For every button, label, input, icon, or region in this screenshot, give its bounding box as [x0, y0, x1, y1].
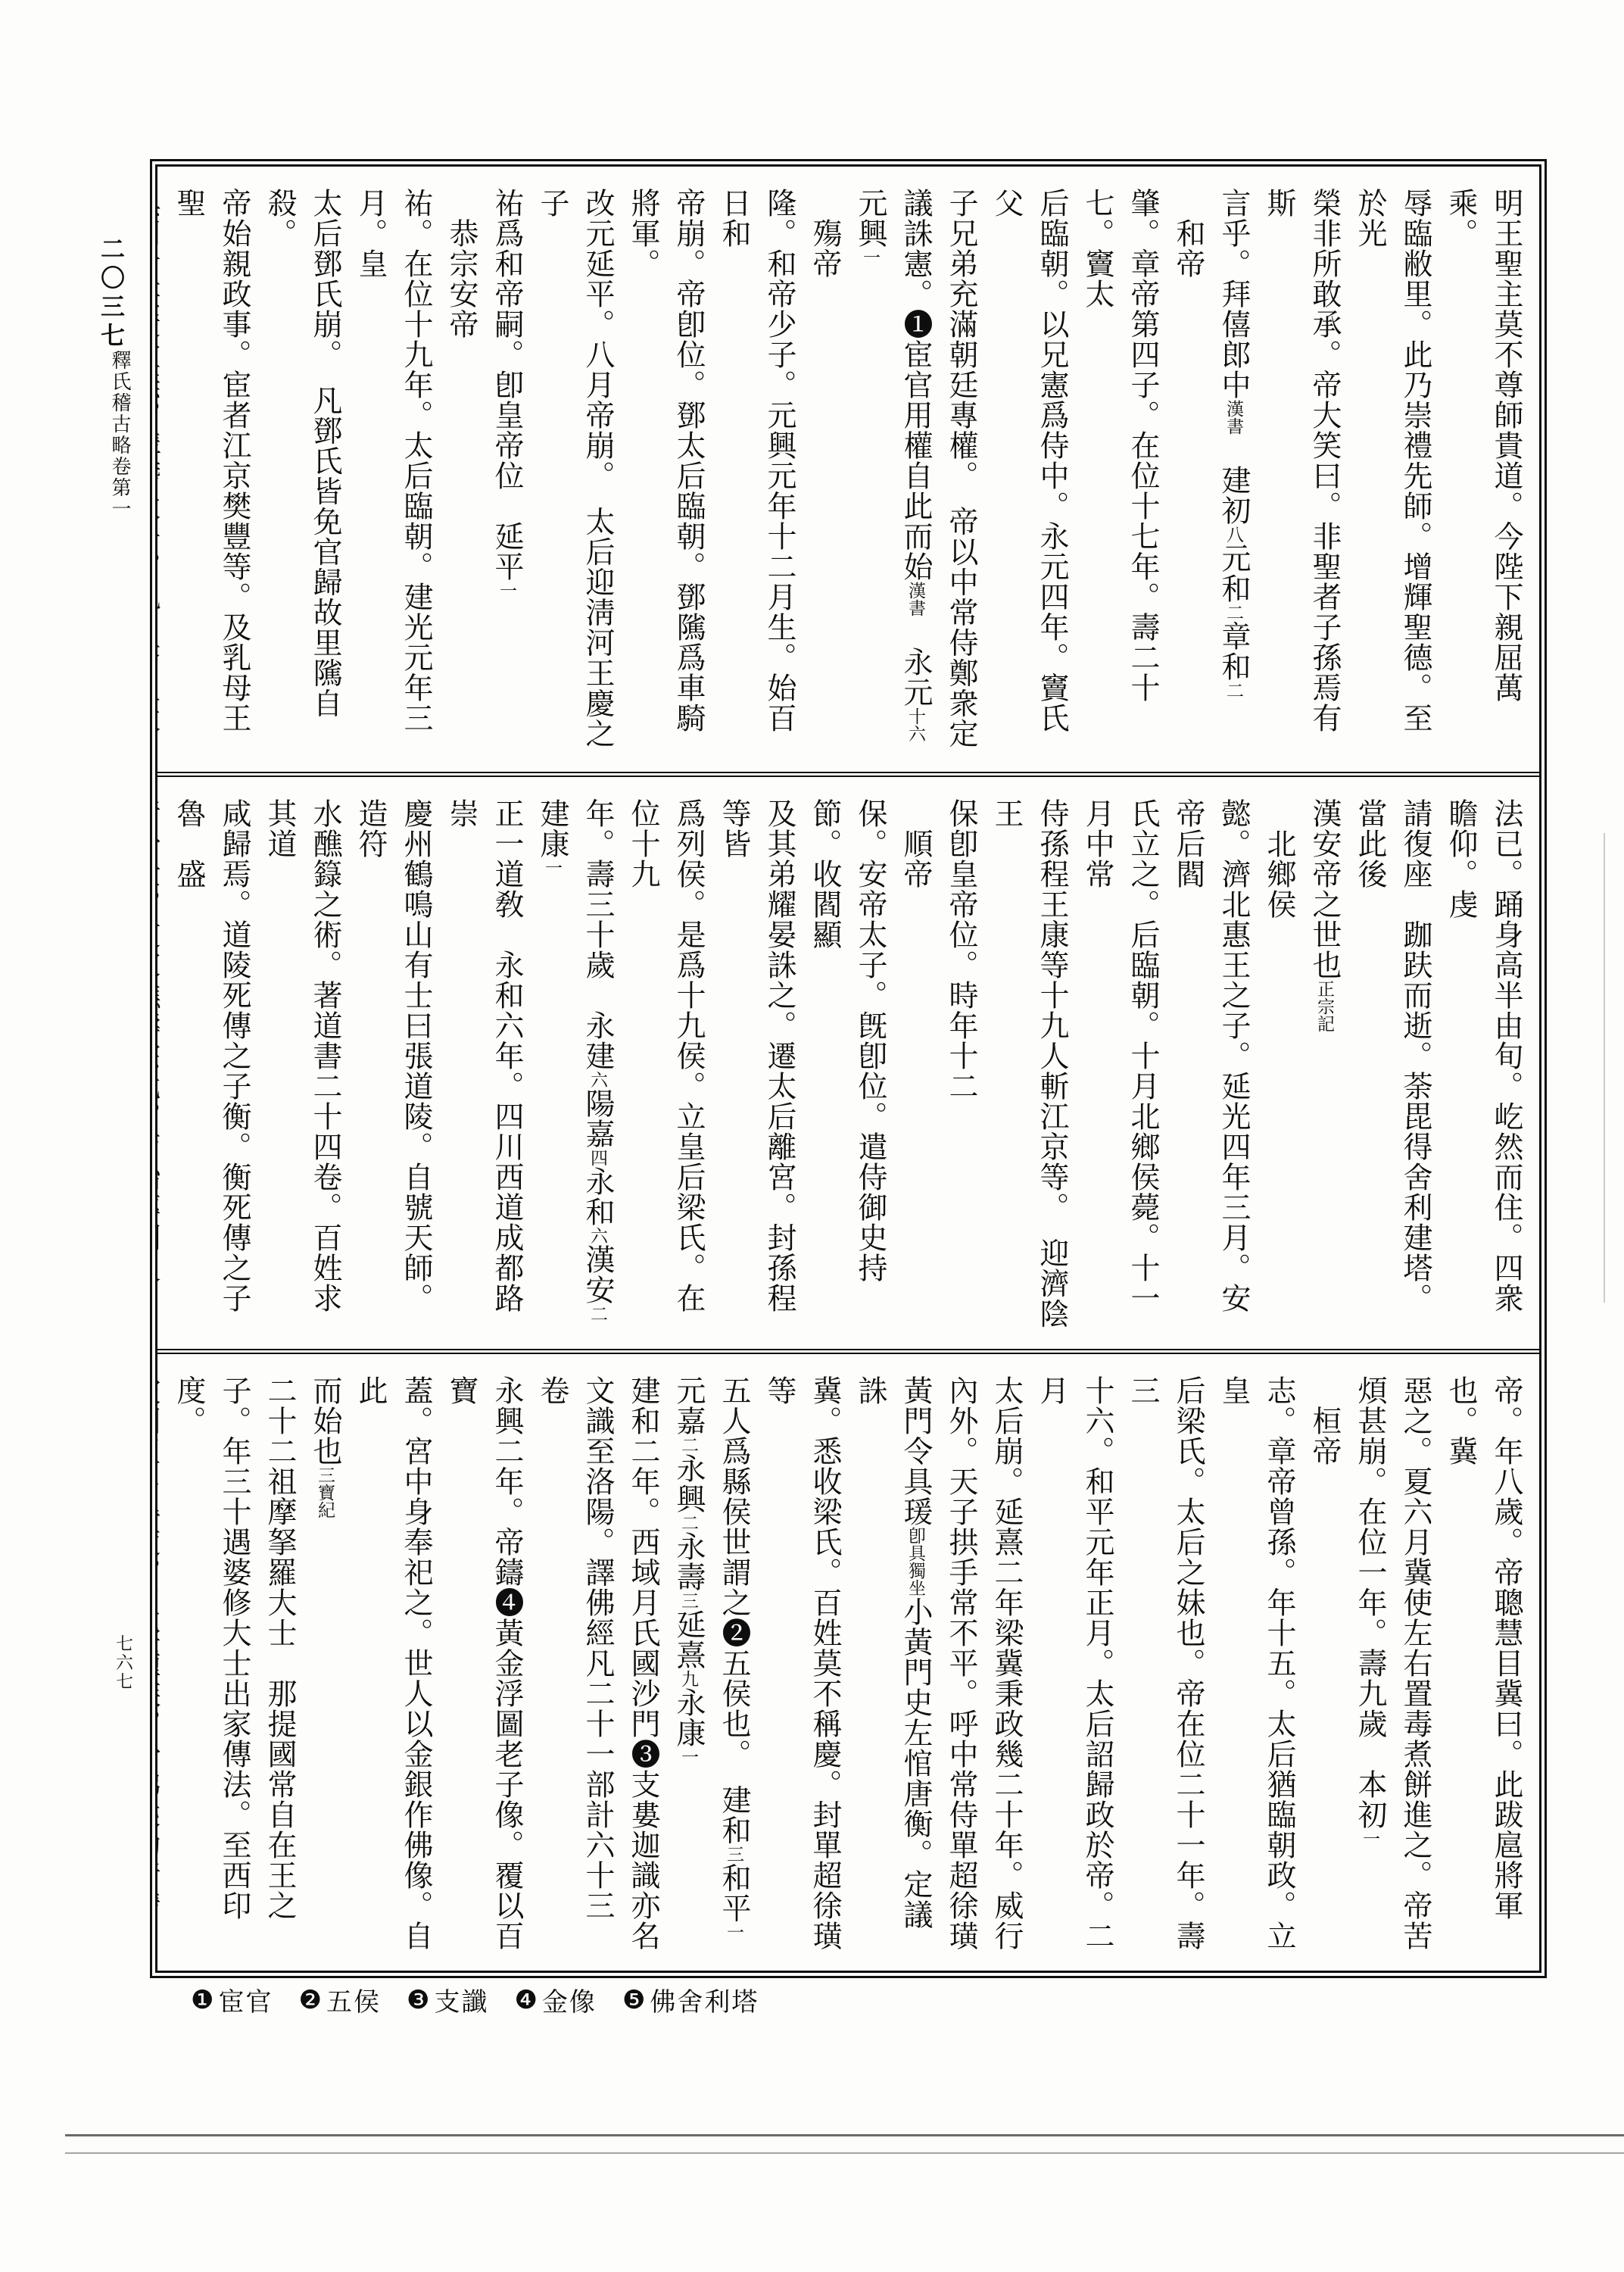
text-column: 太后鄧氏崩。 凡鄧氏皆免官歸故里隲自殺。	[257, 188, 348, 758]
text-column: 五人爲縣侯世謂之❷五侯也。 建和三和平一	[711, 1375, 756, 1957]
column-text: 建和二年。西域月氏國沙門❸支婁迦識亦名	[627, 1375, 659, 1951]
annotation-text: 三	[725, 1846, 743, 1863]
annotation-text: 四	[588, 1149, 607, 1166]
column-text: 黃門令具瑗	[899, 1375, 932, 1527]
column-text: 帝崩。帝卽位。鄧太后臨朝。鄧隲爲車騎將軍。	[627, 188, 705, 733]
annotation-text: 二	[1224, 604, 1243, 621]
text-band-1: 明王聖主莫不尊師貴道。今陛下親屈萬乘。辱臨敝里。此乃崇禮先師。增輝聖德。至於光榮…	[157, 167, 1539, 777]
text-column: 桓帝	[1301, 1375, 1347, 1957]
text-column: 及其弟耀晏誅之。遷太后離宮。封孫程等皆	[711, 798, 802, 1335]
column-text: 榮非所敢承。帝大笑曰。非聖者子孫焉有斯	[1263, 188, 1341, 733]
annotation-text: 九	[679, 1670, 698, 1687]
text-column: 帝崩。帝卽位。鄧太后臨朝。鄧隲爲車騎將軍。	[620, 188, 711, 758]
text-column: 建康一	[529, 798, 575, 1335]
column-text: 章和	[1217, 621, 1250, 682]
text-band-3: 帝。年八歲。帝聰慧目冀曰。此跋扈將軍也。冀惡之。夏六月冀使左右置毒煮餅進之。帝苦…	[157, 1354, 1539, 1971]
text-column: 爲列侯。是爲十九侯。立皇后梁氏。在位十九	[620, 798, 711, 1335]
margin-page-number-top: 二〇三七	[94, 236, 129, 351]
text-column: 懿。濟北惠王之子。延光四年三月。安帝后閻	[1165, 798, 1256, 1335]
annotation-text: 二	[679, 1514, 698, 1531]
annotation-text: 卽具獨坐	[906, 1527, 925, 1596]
text-column: 內外。天子拱手常不平。呼中常侍單超徐璜	[938, 1375, 983, 1957]
annotation-text: 一	[861, 248, 880, 266]
scan-artifact-line	[65, 2134, 1624, 2136]
column-text: 十六。和平元年正月。太后詔歸政於帝。二月	[1036, 1375, 1114, 1951]
column-text: 改元延平。八月帝崩。 太后迎淸河王慶之子	[536, 188, 614, 749]
column-text: 延熹	[672, 1609, 705, 1670]
column-text: 議誅憲。❶宦官用權自此而始	[899, 188, 932, 582]
text-column: 年。壽三十歲 永建六陽嘉四永和六漢安二	[575, 798, 620, 1335]
text-column: 惡之。夏六月冀使左右置毒煮餅進之。帝苦	[1392, 1375, 1438, 1957]
column-text: 肇。章帝第四子。在位十七年。壽二十七。竇太	[1081, 188, 1159, 703]
text-column: 元興一	[847, 188, 893, 758]
text-column: 水醮籙之術。著道書二十四卷。百姓求其道	[257, 798, 348, 1335]
column-text: 桓帝	[1308, 1375, 1341, 1466]
text-column: 祐。在位十九年。太后臨朝。建光元年三月。皇	[348, 188, 438, 758]
scan-artifact-line	[65, 2152, 1624, 2154]
column-text: 爲列侯。是爲十九侯。立皇后梁氏。在位十九	[627, 798, 705, 1313]
column-text: 而始也	[309, 1375, 341, 1466]
column-text: 祐。在位十九年。太后臨朝。建光元年三月。皇	[354, 188, 432, 733]
text-column: 子。年三十遇婆修大士出家傳法。至西印度。	[166, 1375, 257, 1957]
annotation-text: 漢書	[906, 582, 925, 616]
annotation-text: 漢書	[1224, 400, 1243, 435]
column-text: 和帝	[1172, 188, 1205, 279]
footnote-label: 五侯	[326, 1981, 381, 2018]
text-column: 志。章帝曾孫。年十五。太后猶臨朝政。立皇	[1211, 1375, 1301, 1957]
column-text: 殤帝	[809, 188, 841, 279]
column-text: 子。年三十遇婆修大士出家傳法。至西印度。	[173, 1375, 251, 1921]
text-column: 元嘉二永興二永壽三延熹九永康一	[665, 1375, 711, 1957]
column-text: 咸歸焉。道陵死傳之子衡。衡死傳之子魯 盛	[173, 798, 251, 1313]
column-text: 卷	[536, 1375, 569, 1406]
column-text: 漢安帝之世也	[1308, 798, 1341, 980]
text-column: 正一道敎 永和六年。四川西道成都路崇	[438, 798, 529, 1335]
column-text: 隆。和帝少子。元興元年十二月生。始百日和	[718, 188, 796, 733]
column-text: 永元	[899, 616, 932, 707]
text-column: 帝始親政事。宦者江京樊豐等。及乳母王聖	[166, 188, 257, 758]
column-text: 水醮籙之術。著道書二十四卷。百姓求其道	[263, 798, 341, 1313]
annotation-text: 二	[588, 1305, 607, 1322]
text-column: 卷	[529, 1375, 575, 1957]
column-text: 永和	[581, 1166, 614, 1227]
text-column: 漢安帝之世也正宗記	[1301, 798, 1347, 1335]
column-text: 冀。悉收梁氏。百姓莫不稱慶。封單超徐璜等	[763, 1375, 841, 1951]
column-text: 保。安帝太子。旣卽位。遣侍御史持節。收閻顯	[809, 798, 887, 1283]
column-text: 建初	[1217, 435, 1250, 526]
footnote-mark-icon: ❸	[407, 1985, 431, 2015]
column-text: 內外。天子拱手常不平。呼中常侍單超徐璜	[945, 1375, 977, 1951]
annotation-text: 二	[1224, 682, 1243, 699]
column-text: 祐爲和帝嗣。卽皇帝位 延平	[491, 188, 523, 582]
text-column: 保。安帝太子。旣卽位。遣侍御史持節。收閻顯	[802, 798, 893, 1335]
text-column: 行於世。道家醮禱宗此。而始傳嗣及今。天下	[157, 798, 166, 1335]
column-text: 元興	[854, 188, 887, 248]
scan-artifact-edge	[1604, 833, 1605, 1303]
column-text: 正一道敎 永和六年。四川西道成都路崇	[445, 798, 523, 1313]
footnote-label: 宦官	[218, 1981, 273, 2018]
text-column: 二十二祖摩拏羅大士 那提國常自在王之	[257, 1375, 302, 1957]
column-text: 子兄弟充滿朝廷專權。 帝以中常侍鄭衆定	[945, 188, 977, 749]
column-text: 順帝	[899, 798, 932, 889]
margin-book-title: 釋氏稽古略卷第一	[106, 350, 134, 520]
annotation-text: 六	[588, 1071, 607, 1088]
annotation-text: 一	[543, 859, 562, 876]
column-text: 元和	[1217, 543, 1250, 604]
content-frame: 明王聖主莫不尊師貴道。今陛下親屈萬乘。辱臨敝里。此乃崇禮先師。增輝聖德。至於光榮…	[150, 159, 1547, 1978]
column-text: 五人爲縣侯世謂之❷五侯也。 建和	[718, 1375, 750, 1846]
footnote-label: 金像	[542, 1981, 597, 2018]
column-text: 法已。踊身高半由旬。屹然而住。四衆瞻仰。虔	[1445, 798, 1523, 1313]
text-column: 慶州鶴鳴山有士曰張道陵。自號天師。造符	[348, 798, 438, 1335]
column-text: 建康	[536, 798, 569, 859]
annotation-text: 六	[588, 1227, 607, 1244]
column-text: 與閻后妄造虛無。搆譖太子。九月廢皇太子	[157, 188, 160, 733]
column-text: 志。章帝曾孫。年十五。太后猶臨朝政。立皇	[1217, 1375, 1295, 1951]
text-column: 煩甚崩。在位一年。壽九歲 本初一	[1347, 1375, 1392, 1957]
text-column: 祐爲和帝嗣。卽皇帝位 延平一	[484, 188, 529, 758]
footnote-item: ❶宦官	[191, 1981, 273, 2018]
text-column: 榮非所敢承。帝大笑曰。非聖者子孫焉有斯	[1256, 188, 1347, 758]
text-column: 改元延平。八月帝崩。 太后迎淸河王慶之子	[529, 188, 620, 758]
annotation-text: 一	[1361, 1830, 1379, 1847]
footnote-item: ❹金像	[514, 1981, 596, 2018]
text-column: 明王聖主莫不尊師貴道。今陛下親屈萬乘。	[1438, 188, 1529, 758]
text-column: 侍孫程王康等十九人斬江京等。 迎濟陰王	[983, 798, 1074, 1335]
text-column: 而始也三寶紀	[302, 1375, 348, 1957]
column-text: 帝始親政事。宦者江京樊豐等。及乳母王聖	[173, 188, 251, 733]
column-text: 漢安	[581, 1244, 614, 1305]
text-column: 保卽皇帝位。時年十二	[938, 798, 983, 1335]
scanned-page: 二〇三七 釋氏稽古略卷第一 七六七 明王聖主莫不尊師貴道。今陛下親屈萬乘。辱臨敝…	[0, 0, 1624, 2272]
text-column: 彼國王名得度。瞿曇種族。於佛乘勤行精進。	[157, 1375, 166, 1957]
annotation-text: 正宗記	[1315, 980, 1334, 1032]
text-column: 順帝	[893, 798, 938, 1335]
column-text: 和平	[718, 1863, 750, 1924]
column-text: 陽嘉	[581, 1088, 614, 1149]
text-column: 北鄉侯	[1256, 798, 1301, 1335]
column-text: 永壽	[672, 1531, 705, 1592]
column-text: 太后鄧氏崩。 凡鄧氏皆免官歸故里隲自殺。	[263, 188, 341, 719]
footnote-mark-icon: ❺	[622, 1985, 647, 2015]
text-column: 文識至洛陽。譯佛經凡二十一部計六十三	[575, 1375, 620, 1957]
text-column: 氏立之。后臨朝。十月北鄉侯薨。十一月中常	[1074, 798, 1165, 1335]
column-text: 言乎。拜僖郎中	[1217, 188, 1250, 400]
text-column: 和帝	[1165, 188, 1211, 758]
text-column: 言乎。拜僖郎中漢書 建初八元和二章和二	[1211, 188, 1256, 758]
footnote-label: 支讖	[434, 1981, 488, 2018]
footnote-item: ❷五侯	[298, 1981, 380, 2018]
column-text: 帝。年八歲。帝聰慧目冀曰。此跋扈將軍也。冀	[1445, 1375, 1523, 1921]
column-text: 元嘉	[672, 1375, 705, 1436]
footnote-mark-icon: ❶	[191, 1985, 215, 2015]
text-column: 與閻后妄造虛無。搆譖太子。九月廢皇太子	[157, 188, 166, 758]
text-column: 后臨朝。以兄憲爲侍中。永元四年。竇氏父	[983, 188, 1074, 758]
annotation-text: 三	[679, 1592, 698, 1609]
footnote-mark-icon: ❹	[514, 1985, 538, 2015]
column-text: 辱臨敝里。此乃崇禮先師。增輝聖德。至於光	[1354, 188, 1432, 733]
footnote-mark-icon: ❷	[298, 1985, 323, 2015]
text-column: 太后崩。延熹二年梁冀秉政幾二十年。威行	[983, 1375, 1029, 1957]
column-text: 永興	[672, 1453, 705, 1514]
text-column: 議誅憲。❶宦官用權自此而始漢書 永元十六	[893, 188, 938, 758]
column-text: 侍孫程王康等十九人斬江京等。 迎濟陰王	[990, 798, 1068, 1329]
text-column: 黃門令具瑗卽具獨坐小黃門史左悺唐衡。定議誅	[847, 1375, 938, 1957]
text-column: 建和二年。西域月氏國沙門❸支婁迦識亦名	[620, 1375, 665, 1957]
text-column: 請復座 跏趺而逝。荼毘得舍利建塔。當此後	[1347, 798, 1438, 1335]
text-column: 帝。年八歲。帝聰慧目冀曰。此跋扈將軍也。冀	[1438, 1375, 1529, 1957]
column-text: 明王聖主莫不尊師貴道。今陛下親屈萬乘。	[1445, 188, 1523, 703]
annotation-text: 一	[679, 1748, 698, 1765]
column-text: 行於世。道家醮禱宗此。而始傳嗣及今。天下	[157, 798, 160, 1283]
column-text: 煩甚崩。在位一年。壽九歲 本初	[1354, 1375, 1386, 1830]
column-text: 氏立之。后臨朝。十月北鄉侯薨。十一月中常	[1081, 798, 1159, 1313]
column-text: 彼國王名得度。瞿曇種族。於佛乘勤行精進。	[157, 1375, 160, 1921]
annotation-text: 二	[679, 1436, 698, 1453]
column-text: 后梁氏。太后之妹也。帝在位二十一年。壽三	[1127, 1375, 1205, 1951]
annotation-text: 一	[497, 582, 516, 599]
footnote-item: ❺佛舍利塔	[622, 1981, 759, 2018]
annotation-text: 八	[1224, 526, 1243, 543]
column-text: 年。壽三十歲 永建	[581, 798, 614, 1071]
column-text: 恭宗安帝	[445, 188, 478, 339]
column-text: 后臨朝。以兄憲爲侍中。永元四年。竇氏父	[990, 188, 1068, 733]
footnote-label: 佛舍利塔	[650, 1981, 759, 2018]
text-column: 辱臨敝里。此乃崇禮先師。增輝聖德。至於光	[1347, 188, 1438, 758]
text-column: 蓋。宮中身奉祀之。世人以金銀作佛像。自此	[348, 1375, 438, 1957]
footnote-item: ❸支讖	[407, 1981, 488, 2018]
text-column: 肇。章帝第四子。在位十七年。壽二十七。竇太	[1074, 188, 1165, 758]
column-text: 及其弟耀晏誅之。遷太后離宮。封孫程等皆	[718, 798, 796, 1313]
column-text: 慶州鶴鳴山有士曰張道陵。自號天師。造符	[354, 798, 432, 1313]
text-column: 子兄弟充滿朝廷專權。 帝以中常侍鄭衆定	[938, 188, 983, 758]
column-text: 太后崩。延熹二年梁冀秉政幾二十年。威行	[990, 1375, 1023, 1951]
column-text: 永康	[672, 1687, 705, 1748]
text-column: 十六。和平元年正月。太后詔歸政於帝。二月	[1029, 1375, 1120, 1957]
text-column: 隆。和帝少子。元興元年十二月生。始百日和	[711, 188, 802, 758]
column-text: 北鄉侯	[1263, 798, 1295, 919]
annotation-text: 十六	[906, 707, 925, 742]
text-column: 永興二年。帝鑄❹黃金浮圖老子像。覆以百寶	[438, 1375, 529, 1957]
text-column: 恭宗安帝	[438, 188, 484, 758]
column-text: 文識至洛陽。譯佛經凡二十一部計六十三	[581, 1375, 614, 1921]
annotation-text: 三寶紀	[316, 1466, 335, 1518]
text-column: 冀。悉收梁氏。百姓莫不稱慶。封單超徐璜等	[756, 1375, 847, 1957]
text-column: 法已。踊身高半由旬。屹然而住。四衆瞻仰。虔	[1438, 798, 1529, 1335]
text-column: 殤帝	[802, 188, 847, 758]
column-text: 請復座 跏趺而逝。荼毘得舍利建塔。當此後	[1354, 798, 1432, 1313]
column-text: 二十二祖摩拏羅大士 那提國常自在王之	[263, 1375, 296, 1921]
footnote-row: ❶宦官❷五侯❸支讖❹金像❺佛舍利塔	[191, 1981, 759, 2018]
text-column: 后梁氏。太后之妹也。帝在位二十一年。壽三	[1120, 1375, 1211, 1957]
text-column: 咸歸焉。道陵死傳之子衡。衡死傳之子魯 盛	[166, 798, 257, 1335]
annotation-text: 一	[725, 1924, 743, 1941]
column-text: 懿。濟北惠王之子。延光四年三月。安帝后閻	[1172, 798, 1250, 1313]
column-text: 保卽皇帝位。時年十二	[945, 798, 977, 1101]
margin-page-number-bottom: 七六七	[111, 1634, 136, 1691]
column-text: 永興二年。帝鑄❹黃金浮圖老子像。覆以百寶	[445, 1375, 523, 1951]
text-band-2: 法已。踊身高半由旬。屹然而住。四衆瞻仰。虔請復座 跏趺而逝。荼毘得舍利建塔。當此…	[157, 777, 1539, 1354]
column-text: 惡之。夏六月冀使左右置毒煮餅進之。帝苦	[1399, 1375, 1432, 1951]
column-text: 蓋。宮中身奉祀之。世人以金銀作佛像。自此	[354, 1375, 432, 1951]
